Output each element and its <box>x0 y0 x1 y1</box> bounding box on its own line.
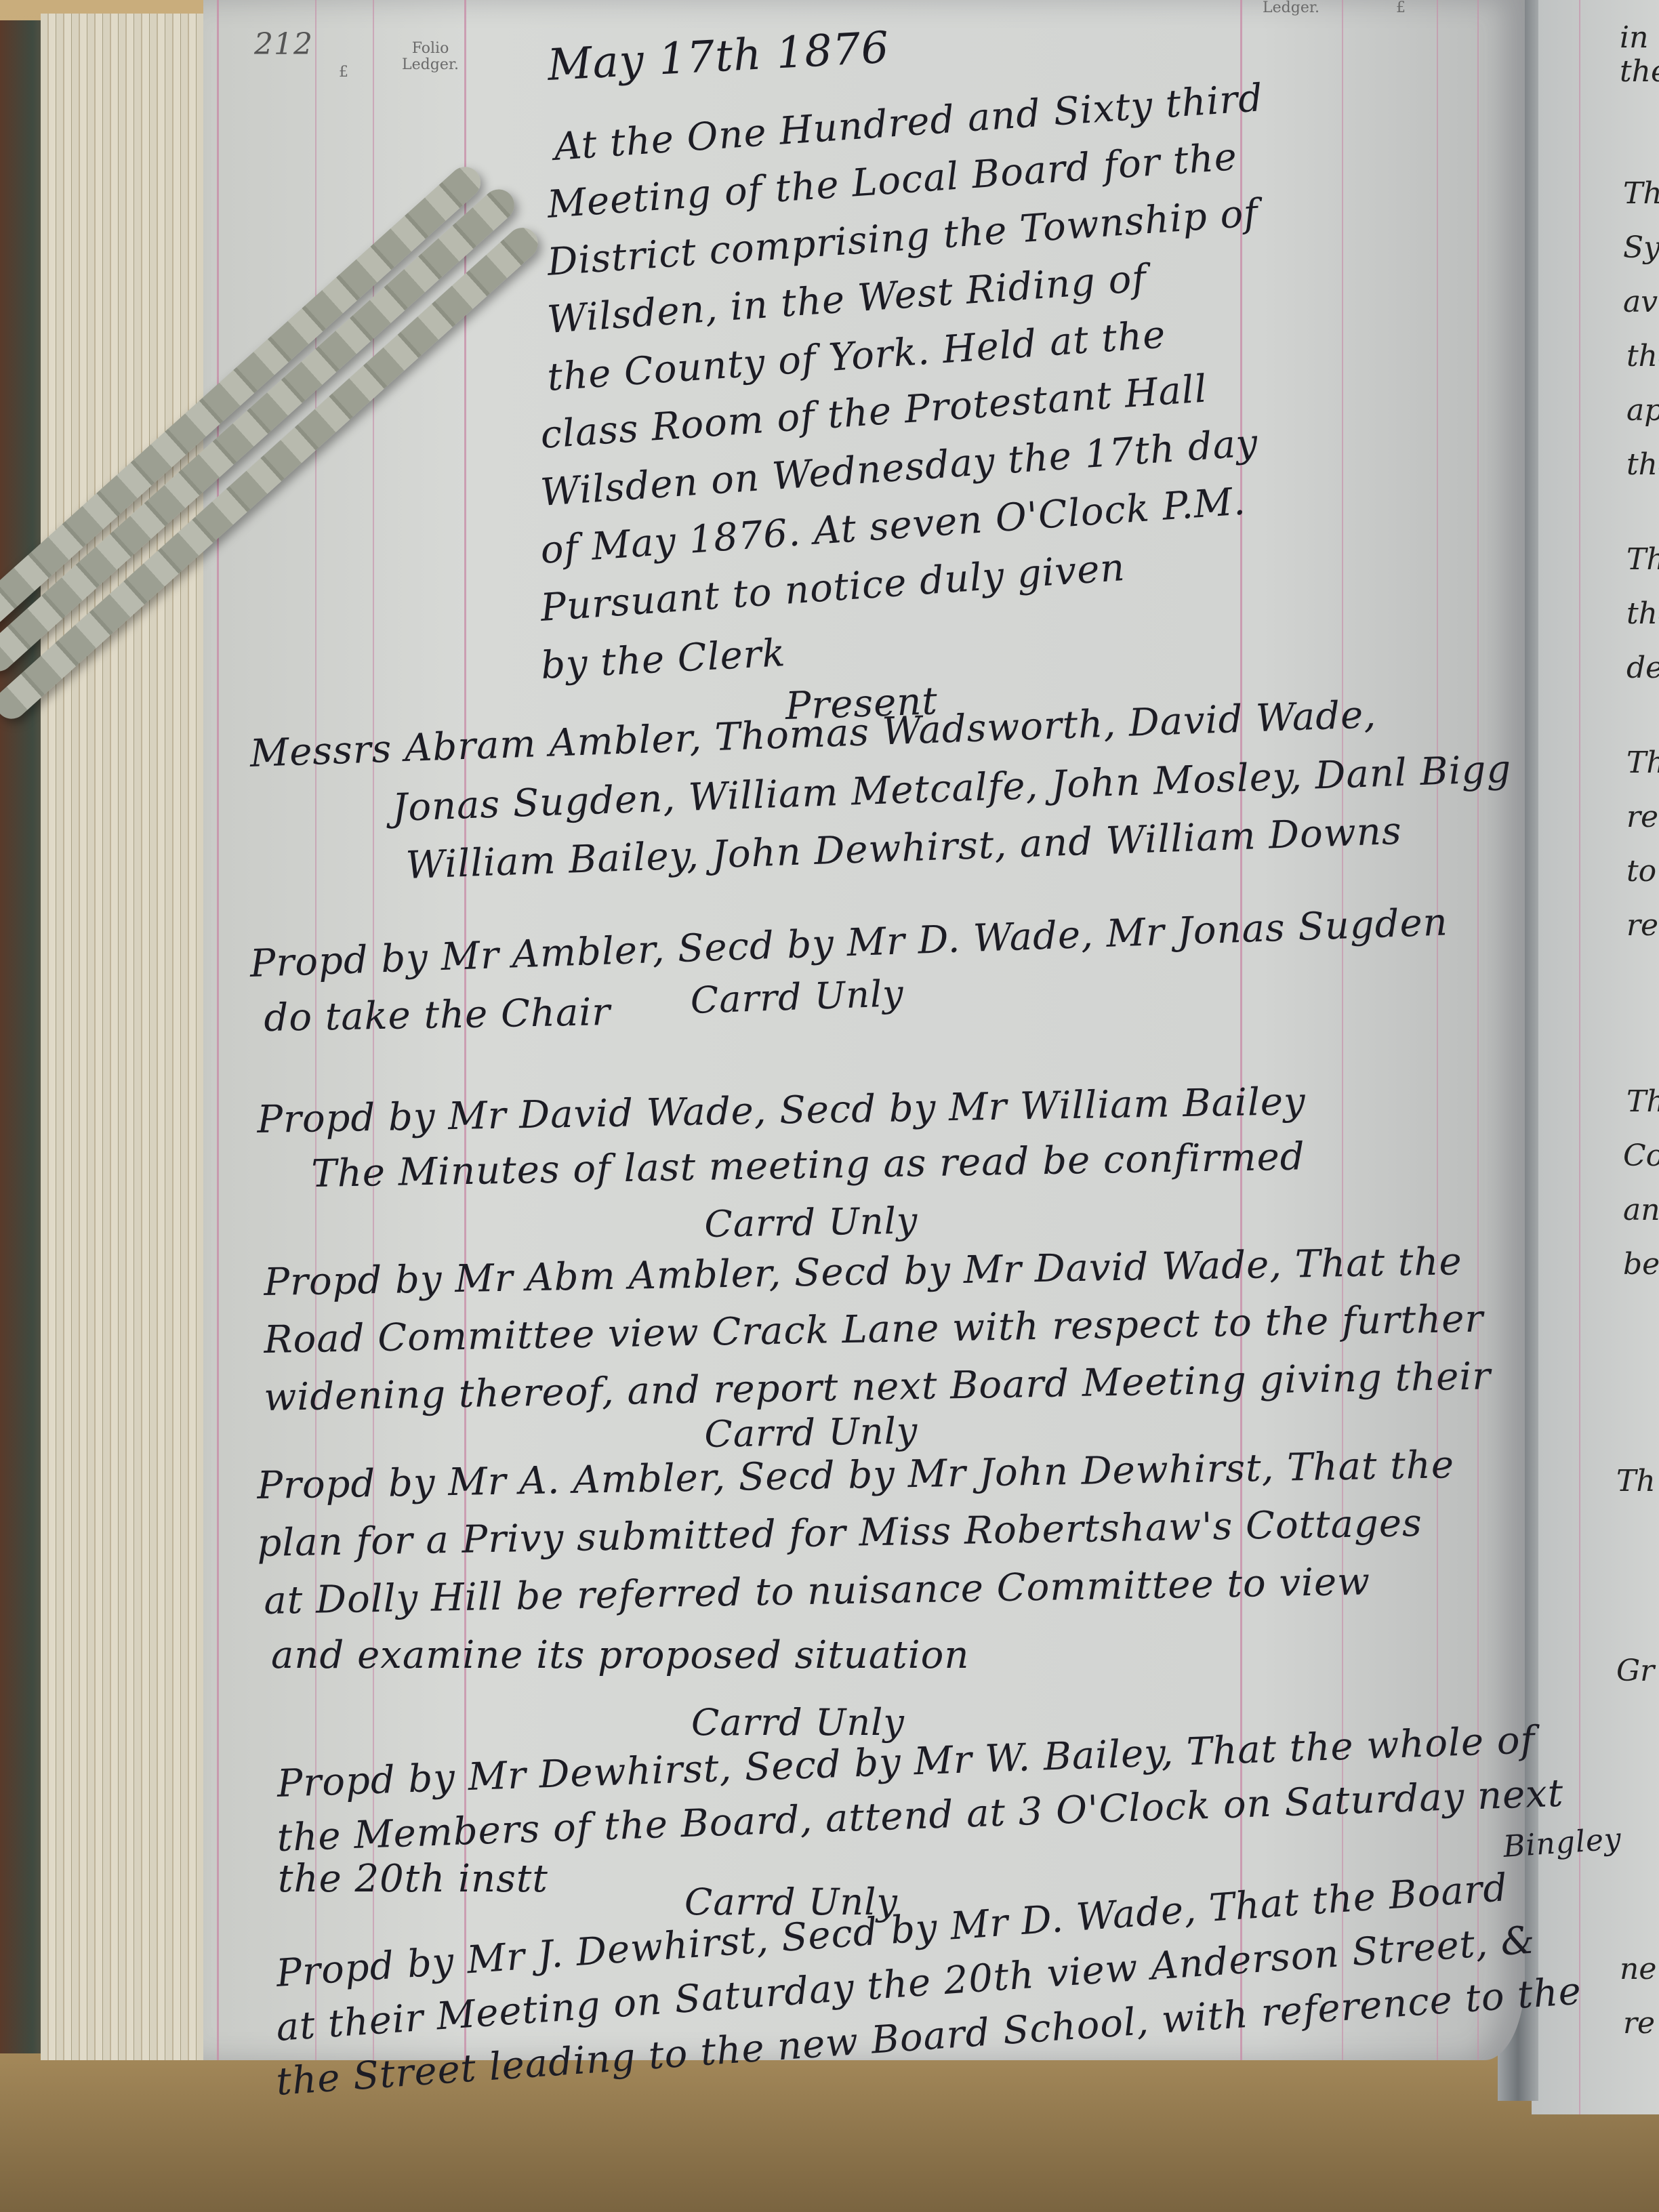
header-currency-right: £ <box>1396 0 1406 16</box>
resolution-line: Propd by Mr Abm Ambler, Secd by Mr David… <box>264 1240 1462 1305</box>
right-page-fragment: the <box>1626 447 1659 482</box>
right-page-fragment: Gr <box>1616 1654 1654 1688</box>
right-page-fragment: Th <box>1626 745 1659 780</box>
rule-line <box>1579 0 1580 2114</box>
right-page-fragment: re <box>1623 2006 1655 2041</box>
right-page-fragment: Sy <box>1623 230 1659 265</box>
right-page-fragment: re <box>1626 800 1658 834</box>
rule-line <box>217 0 219 2060</box>
right-page-fragment: be <box>1623 1247 1659 1282</box>
resolution-line: at Dolly Hill be referred to nuisance Co… <box>264 1560 1371 1623</box>
resolution-result: Carrd Unly <box>704 1410 918 1456</box>
preamble-line: by the Clerk <box>540 631 787 688</box>
right-page-fragment: to <box>1626 854 1656 888</box>
resolution-line: do take the Chair <box>264 990 611 1040</box>
right-page-fragment: ne <box>1620 1952 1656 1986</box>
right-page-fragment: Co <box>1623 1139 1659 1173</box>
right-page-fragment: Th <box>1616 1464 1656 1498</box>
header-folio-ledger: Folio Ledger. <box>400 41 461 73</box>
date-heading: May 17th 1876 <box>546 23 890 91</box>
right-page-fragment: the <box>1626 339 1659 373</box>
right-page-fragment: de <box>1626 651 1659 685</box>
resolution-line: and examine its proposed situation <box>271 1633 969 1677</box>
right-page-fragment: Th <box>1626 542 1659 577</box>
right-page-fragment: re <box>1626 908 1658 943</box>
resolution-line: Propd by Mr David Wade, Secd by Mr Willi… <box>257 1080 1306 1142</box>
resolution-line: the 20th instt <box>278 1857 548 1901</box>
right-page-fragment: in <box>1620 20 1648 55</box>
right-page-fragment: an <box>1623 1193 1659 1227</box>
resolution-line: Road Committee view Crack Lane with resp… <box>264 1297 1484 1362</box>
resolution-result: Carrd Unly <box>691 1701 905 1744</box>
header-currency-left: £ <box>339 64 348 81</box>
right-page-fragment: Th <box>1623 176 1659 211</box>
right-page-fragment: av <box>1623 285 1658 319</box>
resolution-result: Carrd Unly <box>704 1200 918 1246</box>
resolution-line: plan for a Privy submitted for Miss Robe… <box>257 1501 1422 1565</box>
right-page-fragment: the <box>1626 596 1659 631</box>
right-page-fragment: the <box>1620 54 1659 89</box>
resolution-line: The Minutes of last meeting as read be c… <box>311 1134 1305 1196</box>
resolution-result: Carrd Unly <box>690 972 905 1022</box>
right-page-fragment: ap <box>1626 393 1659 428</box>
page-number: 212 <box>254 27 313 62</box>
header-ledger-right: Ledger. <box>1257 0 1325 16</box>
right-page-fragment: Th <box>1626 1084 1659 1119</box>
